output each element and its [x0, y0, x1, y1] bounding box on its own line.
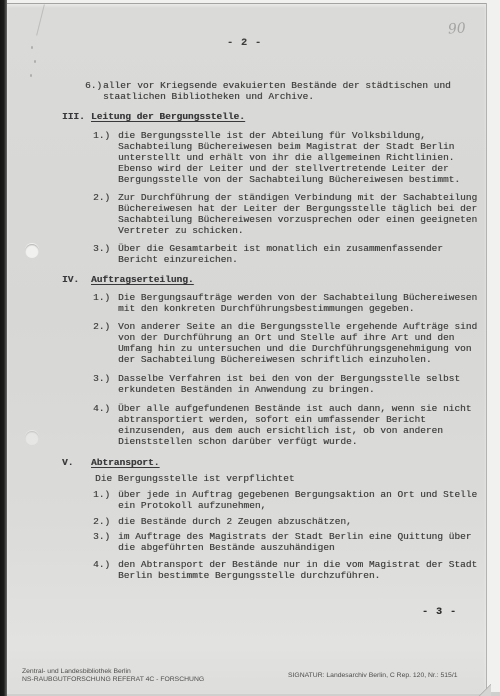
item-text: die Bestände durch 2 Zeugen abzuschätzen…	[118, 516, 479, 527]
paper-speck	[31, 46, 33, 49]
paper-speck	[34, 60, 36, 63]
scan-edge-left	[0, 0, 7, 696]
footer-institution-line1: Zentral- und Landesbibliothek Berlin	[22, 668, 204, 676]
item-text: Die Bergungsaufträge werden von der Sach…	[118, 292, 479, 314]
item-number: 3.)	[93, 531, 118, 553]
footer-institution-line2: NS-RAUBGUTFORSCHUNG REFERAT 4C - FORSCHU…	[22, 676, 204, 684]
page-number-footer: - 3 -	[422, 607, 457, 618]
section-title: Auftragserteilung.	[91, 274, 194, 285]
item-number: 1.)	[93, 292, 118, 314]
list-item: 2.) die Bestände durch 2 Zeugen abzuschä…	[93, 516, 479, 527]
section-numeral: IV.	[62, 274, 91, 285]
item-number: 4.)	[93, 403, 118, 447]
section-title: Abtransport.	[91, 457, 159, 468]
list-item: 3.) im Auftrage des Magistrats der Stadt…	[93, 531, 479, 553]
item-number: 6.)	[85, 80, 103, 102]
item-number: 4.)	[93, 559, 118, 581]
item-text: aller vor Kriegsende evakuierten Beständ…	[103, 80, 479, 102]
item-number: 1.)	[93, 489, 118, 511]
paper-corner-fold	[477, 684, 491, 696]
list-item: 6.) aller vor Kriegsende evakuierten Bes…	[85, 80, 479, 102]
footer-signature: SIGNATUR: Landesarchiv Berlin, C Rep. 12…	[288, 672, 458, 679]
item-text: die Bergungsstelle ist der Abteilung für…	[118, 130, 479, 185]
list-item: 2.) Zur Durchführung der ständigen Verbi…	[93, 192, 479, 236]
hole-punch	[25, 431, 39, 445]
section-title: Leitung der Bergungsstelle.	[91, 111, 245, 122]
paper-crease	[36, 4, 45, 35]
list-item: 2.) Von anderer Seite an die Bergungsste…	[93, 321, 479, 365]
section-v-heading: V. Abtransport.	[62, 457, 479, 468]
list-item: 3.) Dasselbe Verfahren ist bei den von d…	[93, 373, 479, 395]
item-text: Von anderer Seite an die Bergungsstelle …	[118, 321, 479, 365]
section-iv-heading: IV. Auftragserteilung.	[62, 274, 479, 285]
paper-speck	[30, 74, 32, 77]
document-page: 90 - 2 - 6.) aller vor Kriegsende evakui…	[7, 3, 486, 694]
list-item: 1.) die Bergungsstelle ist der Abteilung…	[93, 130, 479, 185]
item-number: 2.)	[93, 516, 118, 527]
section-numeral: III.	[62, 111, 91, 122]
item-number: 2.)	[93, 321, 118, 365]
section-iii-heading: III. Leitung der Bergungsstelle.	[62, 111, 479, 122]
section-numeral: V.	[62, 457, 91, 468]
list-item: 4.) Über alle aufgefundenen Bestände ist…	[93, 403, 479, 447]
item-text: Dasselbe Verfahren ist bei den von der B…	[118, 373, 479, 395]
item-number: 2.)	[93, 192, 118, 236]
list-item: 1.) über jede in Auftrag gegebenen Bergu…	[93, 489, 479, 511]
item-text: den Abtransport der Bestände nur in die …	[118, 559, 479, 581]
item-text: Über die Gesamtarbeit ist monatlich ein …	[118, 243, 479, 265]
list-item: 4.) den Abtransport der Bestände nur in …	[93, 559, 479, 581]
footer-institution: Zentral- und Landesbibliothek Berlin NS-…	[22, 668, 204, 684]
item-number: 3.)	[93, 373, 118, 395]
item-number: 3.)	[93, 243, 118, 265]
document-body: 6.) aller vor Kriegsende evakuierten Bes…	[62, 80, 479, 581]
page-number-header: - 2 -	[227, 38, 262, 49]
hole-punch	[25, 244, 39, 258]
item-text: im Auftrage des Magistrats der Stadt Ber…	[118, 531, 479, 553]
list-item: 1.) Die Bergungsaufträge werden von der …	[93, 292, 479, 314]
item-text: über jede in Auftrag gegebenen Bergungsa…	[118, 489, 479, 511]
item-number: 1.)	[93, 130, 118, 185]
item-text: Zur Durchführung der ständigen Verbindun…	[118, 192, 479, 236]
list-item: 3.) Über die Gesamtarbeit ist monatlich …	[93, 243, 479, 265]
item-text: Über alle aufgefundenen Bestände ist auc…	[118, 403, 479, 447]
section-intro: Die Bergungsstelle ist verpflichtet	[95, 473, 479, 484]
folio-annotation: 90	[447, 20, 466, 37]
